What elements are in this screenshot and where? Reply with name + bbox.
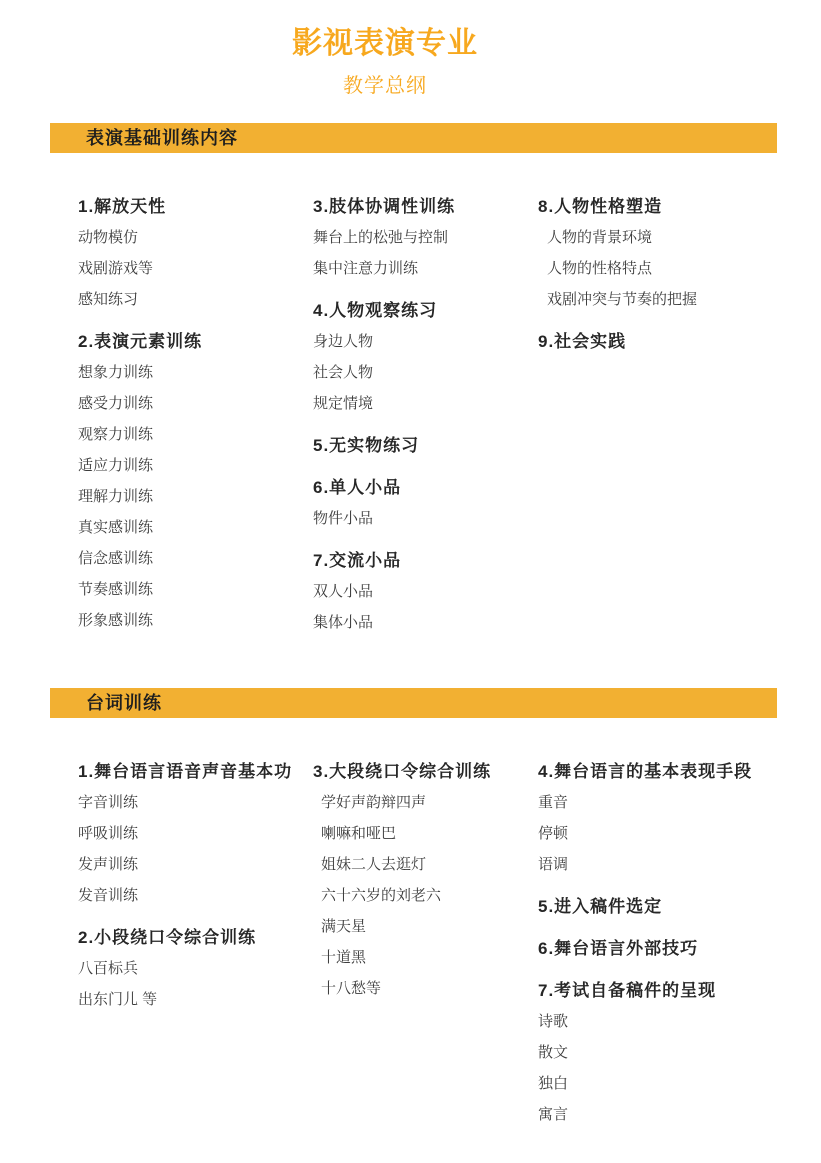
list-item: 喇嘛和哑巴 [313, 818, 538, 849]
column-2: 3.肢体协调性训练舞台上的松弛与控制集中注意力训练4.人物观察练习身边人物社会人… [313, 191, 538, 638]
block-heading: 4.人物观察练习 [313, 295, 538, 326]
list-item: 感受力训练 [78, 388, 313, 419]
list-item: 双人小品 [313, 576, 538, 607]
list-item: 观察力训练 [78, 419, 313, 450]
column-2: 3.大段绕口令综合训练学好声韵辩四声喇嘛和哑巴姐妹二人去逛灯六十六岁的刘老六满天… [313, 756, 538, 1004]
section-2: 台词训练1.舞台语言语音声音基本功字音训练呼吸训练发声训练发音训练2.小段绕口令… [0, 688, 821, 1130]
section-banner-label: 台词训练 [86, 693, 162, 713]
topic-block: 5.无实物练习 [313, 430, 538, 461]
list-item: 学好声韵辩四声 [313, 787, 538, 818]
block-heading: 2.小段绕口令综合训练 [78, 922, 313, 953]
topic-block: 3.肢体协调性训练舞台上的松弛与控制集中注意力训练 [313, 191, 538, 284]
page-title: 影视表演专业 [0, 26, 770, 62]
list-item: 动物模仿 [78, 222, 313, 253]
block-heading: 5.进入稿件选定 [538, 891, 798, 922]
list-item: 重音 [538, 787, 798, 818]
list-item: 感知练习 [78, 284, 313, 315]
topic-block: 3.大段绕口令综合训练学好声韵辩四声喇嘛和哑巴姐妹二人去逛灯六十六岁的刘老六满天… [313, 756, 538, 1004]
topic-block: 8.人物性格塑造人物的背景环境人物的性格特点戏剧冲突与节奏的把握 [538, 191, 798, 315]
list-item: 信念感训练 [78, 543, 313, 574]
block-heading: 3.大段绕口令综合训练 [313, 756, 538, 787]
list-item: 身边人物 [313, 326, 538, 357]
list-item: 真实感训练 [78, 512, 313, 543]
list-item: 适应力训练 [78, 450, 313, 481]
block-heading: 1.舞台语言语音声音基本功 [78, 756, 313, 787]
list-item: 十道黑 [313, 942, 538, 973]
sections: 表演基础训练内容1.解放天性动物模仿戏剧游戏等感知练习2.表演元素训练想象力训练… [0, 123, 821, 1130]
list-item: 社会人物 [313, 357, 538, 388]
section-content: 1.舞台语言语音声音基本功字音训练呼吸训练发声训练发音训练2.小段绕口令综合训练… [0, 718, 821, 1130]
block-heading: 9.社会实践 [538, 326, 798, 357]
topic-block: 2.表演元素训练想象力训练感受力训练观察力训练适应力训练理解力训练真实感训练信念… [78, 326, 313, 636]
column-1: 1.舞台语言语音声音基本功字音训练呼吸训练发声训练发音训练2.小段绕口令综合训练… [78, 756, 313, 1015]
topic-block: 5.进入稿件选定 [538, 891, 798, 922]
list-item: 停顿 [538, 818, 798, 849]
list-item: 人物的背景环境 [538, 222, 798, 253]
list-item: 发音训练 [78, 880, 313, 911]
section-content: 1.解放天性动物模仿戏剧游戏等感知练习2.表演元素训练想象力训练感受力训练观察力… [0, 153, 821, 638]
topic-block: 4.人物观察练习身边人物社会人物规定情境 [313, 295, 538, 419]
topic-block: 7.交流小品双人小品集体小品 [313, 545, 538, 638]
list-item: 节奏感训练 [78, 574, 313, 605]
list-item: 戏剧游戏等 [78, 253, 313, 284]
topic-block: 7.考试自备稿件的呈现诗歌散文独白寓言 [538, 975, 798, 1130]
column-1: 1.解放天性动物模仿戏剧游戏等感知练习2.表演元素训练想象力训练感受力训练观察力… [78, 191, 313, 636]
list-item: 呼吸训练 [78, 818, 313, 849]
topic-block: 6.单人小品物件小品 [313, 472, 538, 534]
topic-block: 9.社会实践 [538, 326, 798, 357]
list-item: 形象感训练 [78, 605, 313, 636]
list-item: 想象力训练 [78, 357, 313, 388]
list-item: 散文 [538, 1037, 798, 1068]
topic-block: 1.舞台语言语音声音基本功字音训练呼吸训练发声训练发音训练 [78, 756, 313, 911]
block-heading: 1.解放天性 [78, 191, 313, 222]
list-item: 出东门儿 等 [78, 984, 313, 1015]
list-item: 寓言 [538, 1099, 798, 1130]
section-banner: 表演基础训练内容 [50, 123, 777, 153]
list-item: 字音训练 [78, 787, 313, 818]
block-heading: 5.无实物练习 [313, 430, 538, 461]
list-item: 集体小品 [313, 607, 538, 638]
section-banner: 台词训练 [50, 688, 777, 718]
page-subtitle: 教学总纲 [0, 73, 770, 99]
block-heading: 4.舞台语言的基本表现手段 [538, 756, 798, 787]
list-item: 发声训练 [78, 849, 313, 880]
block-heading: 6.舞台语言外部技巧 [538, 933, 798, 964]
topic-block: 4.舞台语言的基本表现手段重音停顿语调 [538, 756, 798, 880]
list-item: 人物的性格特点 [538, 253, 798, 284]
block-heading: 8.人物性格塑造 [538, 191, 798, 222]
list-item: 六十六岁的刘老六 [313, 880, 538, 911]
topic-block: 6.舞台语言外部技巧 [538, 933, 798, 964]
list-item: 规定情境 [313, 388, 538, 419]
list-item: 满天星 [313, 911, 538, 942]
document-header: 影视表演专业 教学总纲 [0, 0, 770, 99]
list-item: 十八愁等 [313, 973, 538, 1004]
list-item: 集中注意力训练 [313, 253, 538, 284]
topic-block: 1.解放天性动物模仿戏剧游戏等感知练习 [78, 191, 313, 315]
list-item: 物件小品 [313, 503, 538, 534]
block-heading: 7.考试自备稿件的呈现 [538, 975, 798, 1006]
list-item: 八百标兵 [78, 953, 313, 984]
list-item: 戏剧冲突与节奏的把握 [538, 284, 798, 315]
column-3: 8.人物性格塑造人物的背景环境人物的性格特点戏剧冲突与节奏的把握9.社会实践 [538, 191, 798, 357]
list-item: 诗歌 [538, 1006, 798, 1037]
list-item: 理解力训练 [78, 481, 313, 512]
list-item: 姐妹二人去逛灯 [313, 849, 538, 880]
column-3: 4.舞台语言的基本表现手段重音停顿语调5.进入稿件选定6.舞台语言外部技巧7.考… [538, 756, 798, 1130]
list-item: 舞台上的松弛与控制 [313, 222, 538, 253]
section-banner-label: 表演基础训练内容 [86, 128, 238, 148]
section-1: 表演基础训练内容1.解放天性动物模仿戏剧游戏等感知练习2.表演元素训练想象力训练… [0, 123, 821, 638]
list-item: 独白 [538, 1068, 798, 1099]
list-item: 语调 [538, 849, 798, 880]
block-heading: 6.单人小品 [313, 472, 538, 503]
block-heading: 3.肢体协调性训练 [313, 191, 538, 222]
block-heading: 7.交流小品 [313, 545, 538, 576]
block-heading: 2.表演元素训练 [78, 326, 313, 357]
topic-block: 2.小段绕口令综合训练八百标兵出东门儿 等 [78, 922, 313, 1015]
